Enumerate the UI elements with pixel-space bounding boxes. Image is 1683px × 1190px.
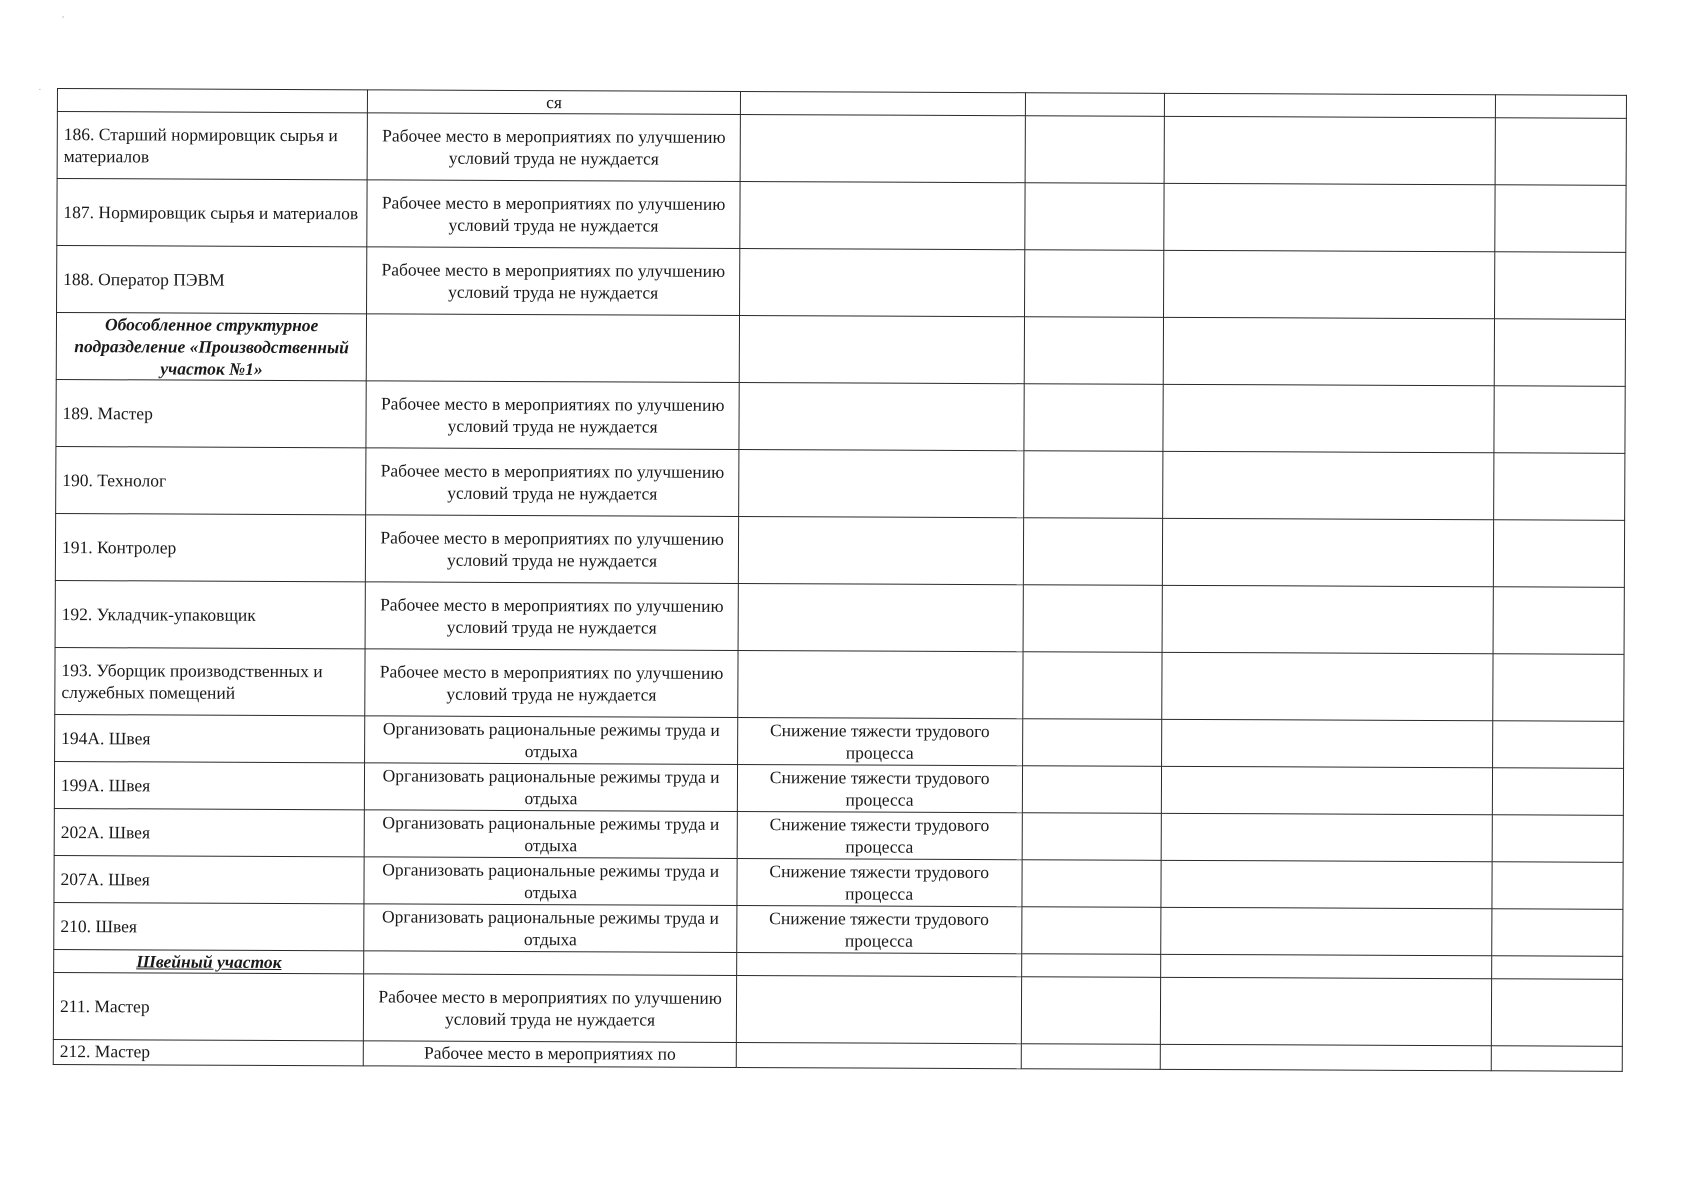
table-row: 193. Уборщик производственных и служебны…: [55, 647, 1624, 721]
position-cell: 194А. Швея: [55, 714, 366, 762]
table-row: 189. МастерРабочее место в мероприятиях …: [56, 379, 1625, 453]
note-cell: [1494, 520, 1625, 588]
deadline-cell: [1021, 860, 1160, 908]
goal-cell: [739, 248, 1024, 316]
empty-cell: [1160, 954, 1492, 978]
goal-cell: [738, 516, 1023, 584]
goal-cell: [736, 1042, 1021, 1068]
measure-cell: Рабочее место в мероприятиях по улучшени…: [367, 247, 740, 316]
note-cell: [1492, 979, 1623, 1047]
deadline-cell: [1024, 250, 1163, 318]
note-cell: [1492, 1046, 1623, 1072]
position-cell: 202А. Швея: [54, 808, 365, 856]
table-row: 190. ТехнологРабочее место в мероприятия…: [56, 446, 1625, 520]
goal-cell: [738, 650, 1023, 718]
position-cell: 190. Технолог: [56, 446, 367, 514]
table-row: 187. Нормировщик сырья и материаловРабоч…: [57, 179, 1626, 253]
position-cell: 187. Нормировщик сырья и материалов: [57, 179, 368, 247]
table-row: 207А. ШвеяОрганизовать рациональные режи…: [54, 855, 1623, 909]
measure-cell: Организовать рациональные режимы труда и…: [364, 857, 737, 906]
measure-cell: Рабочее место в мероприятиях по улучшени…: [367, 180, 740, 249]
deadline-cell: [1022, 652, 1161, 720]
empty-cell: [1163, 317, 1495, 385]
deadline-cell: [1022, 766, 1161, 814]
deadline-cell: [1022, 813, 1161, 861]
scan-speck: ′: [62, 14, 64, 26]
measure-cell: Рабочее место в мероприятиях по улучшени…: [366, 515, 739, 584]
responsible-cell: [1160, 907, 1492, 955]
position-cell: 207А. Швея: [54, 855, 365, 903]
position-cell: 186. Старший нормировщик сырья и материа…: [57, 112, 368, 180]
note-cell: [1495, 118, 1626, 186]
position-cell: 189. Мастер: [56, 379, 367, 447]
table-body: ся 186. Старший нормировщик сырья и мате…: [53, 89, 1626, 1072]
deadline-cell: [1021, 907, 1160, 955]
measure-cell: Организовать рациональные режимы труда и…: [365, 810, 738, 859]
deadline-cell: [1021, 977, 1160, 1045]
responsible-cell: [1160, 1044, 1492, 1070]
measure-cell: Организовать рациональные режимы труда и…: [365, 716, 738, 765]
deadline-cell: [1023, 384, 1162, 452]
deadline-cell: [1023, 451, 1162, 519]
table-row: 194А. ШвеяОрганизовать рациональные режи…: [55, 714, 1624, 768]
responsible-cell: [1161, 766, 1493, 814]
responsible-cell: [1162, 518, 1494, 586]
note-cell: [1493, 587, 1624, 655]
note-cell: [1492, 909, 1623, 957]
responsible-cell: [1162, 451, 1494, 519]
position-cell: 188. Оператор ПЭВМ: [57, 246, 368, 314]
position-cell: 211. Мастер: [53, 972, 364, 1040]
deadline-cell: [1022, 719, 1161, 767]
responsible-cell: [1161, 813, 1493, 861]
responsible-cell: [1162, 585, 1494, 653]
note-cell: [1493, 815, 1624, 863]
position-cell: 191. Контролер: [55, 513, 366, 581]
responsible-cell: [1164, 116, 1496, 184]
measure-cell: Организовать рациональные режимы труда и…: [365, 763, 738, 812]
goal-cell: [740, 91, 1025, 115]
position-cell: 212. Мастер: [53, 1039, 363, 1065]
empty-cell: [739, 315, 1024, 383]
section-title-cell: Швейный участок: [54, 949, 364, 973]
note-cell: [1495, 252, 1626, 320]
improvement-measures-table: ся 186. Старший нормировщик сырья и мате…: [53, 88, 1627, 1072]
goal-cell: Снижение тяжести трудового процесса: [737, 764, 1022, 812]
responsible-cell: [1161, 719, 1493, 767]
goal-cell: [738, 583, 1023, 651]
deadline-cell: [1023, 585, 1162, 653]
empty-cell: [367, 314, 740, 383]
table-row: 191. КонтролерРабочее место в мероприяти…: [55, 513, 1624, 587]
goal-cell: Снижение тяжести трудового процесса: [737, 858, 1022, 906]
note-cell: [1496, 95, 1627, 119]
measure-cell: Рабочее место в мероприятиях по улучшени…: [364, 974, 737, 1043]
note-cell: [1493, 654, 1624, 722]
measure-cell: Организовать рациональные режимы труда и…: [364, 904, 737, 953]
position-cell: 199А. Швея: [54, 761, 365, 809]
note-cell: [1493, 768, 1624, 816]
empty-cell: [364, 951, 737, 976]
goal-cell: Снижение тяжести трудового процесса: [737, 811, 1022, 859]
empty-cell: [736, 952, 1021, 976]
section-title: Швейный участок: [136, 951, 281, 972]
empty-cell: [1024, 317, 1163, 385]
measure-cell: Рабочее место в мероприятиях по улучшени…: [367, 113, 740, 182]
measure-cell: Рабочее место в мероприятиях по: [364, 1041, 737, 1068]
note-cell: [1494, 453, 1625, 521]
table-row: 202А. ШвеяОрганизовать рациональные режи…: [54, 808, 1623, 862]
responsible-cell: [1163, 384, 1495, 452]
goal-cell: Снижение тяжести трудового процесса: [737, 717, 1022, 765]
measure-cell: ся: [368, 90, 741, 115]
deadline-cell: [1021, 1044, 1160, 1070]
measure-cell: Рабочее место в мероприятиях по улучшени…: [365, 582, 738, 651]
responsible-cell: [1161, 652, 1493, 720]
note-cell: [1494, 386, 1625, 454]
measure-cell: Рабочее место в мероприятиях по улучшени…: [366, 448, 739, 517]
empty-cell: [1495, 319, 1626, 387]
position-cell: [57, 89, 367, 113]
position-cell: 193. Уборщик производственных и служебны…: [55, 647, 366, 715]
table-row: 188. Оператор ПЭВМРабочее место в меропр…: [57, 246, 1626, 320]
responsible-cell: [1163, 183, 1495, 251]
note-cell: [1495, 185, 1626, 253]
goal-cell: Снижение тяжести трудового процесса: [737, 905, 1022, 953]
scan-speck: ·: [38, 84, 42, 96]
goal-cell: [740, 181, 1025, 249]
goal-cell: [736, 975, 1021, 1043]
goal-cell: [738, 449, 1023, 517]
responsible-cell: [1164, 93, 1496, 117]
position-cell: 192. Укладчик-упаковщик: [55, 580, 366, 648]
section-title: Обособленное структурное подразделение «…: [74, 314, 349, 379]
note-cell: [1493, 721, 1624, 769]
responsible-cell: [1163, 250, 1495, 318]
table-row: 210. ШвеяОрганизовать рациональные режим…: [54, 902, 1623, 956]
responsible-cell: [1160, 977, 1492, 1045]
deadline-cell: [1025, 116, 1164, 184]
measure-cell: Рабочее место в мероприятиях по улучшени…: [366, 381, 739, 450]
note-cell: [1492, 862, 1623, 910]
table-row: 192. Укладчик-упаковщикРабочее место в м…: [55, 580, 1624, 654]
section-title-cell: Обособленное структурное подразделение «…: [56, 313, 367, 381]
position-cell: 210. Швея: [54, 902, 365, 950]
responsible-cell: [1161, 860, 1493, 908]
table-row: 186. Старший нормировщик сырья и материа…: [57, 112, 1626, 186]
table-row: 211. МастерРабочее место в мероприятиях …: [53, 972, 1622, 1046]
measure-cell: Рабочее место в мероприятиях по улучшени…: [365, 649, 738, 718]
table-row: 199А. ШвеяОрганизовать рациональные режи…: [54, 761, 1623, 815]
empty-cell: [1021, 954, 1160, 978]
goal-cell: [739, 382, 1024, 450]
deadline-cell: [1025, 93, 1164, 117]
section-row: Обособленное структурное подразделение «…: [56, 313, 1625, 387]
goal-cell: [740, 114, 1025, 182]
deadline-cell: [1024, 183, 1163, 251]
deadline-cell: [1023, 518, 1162, 586]
empty-cell: [1492, 956, 1623, 980]
